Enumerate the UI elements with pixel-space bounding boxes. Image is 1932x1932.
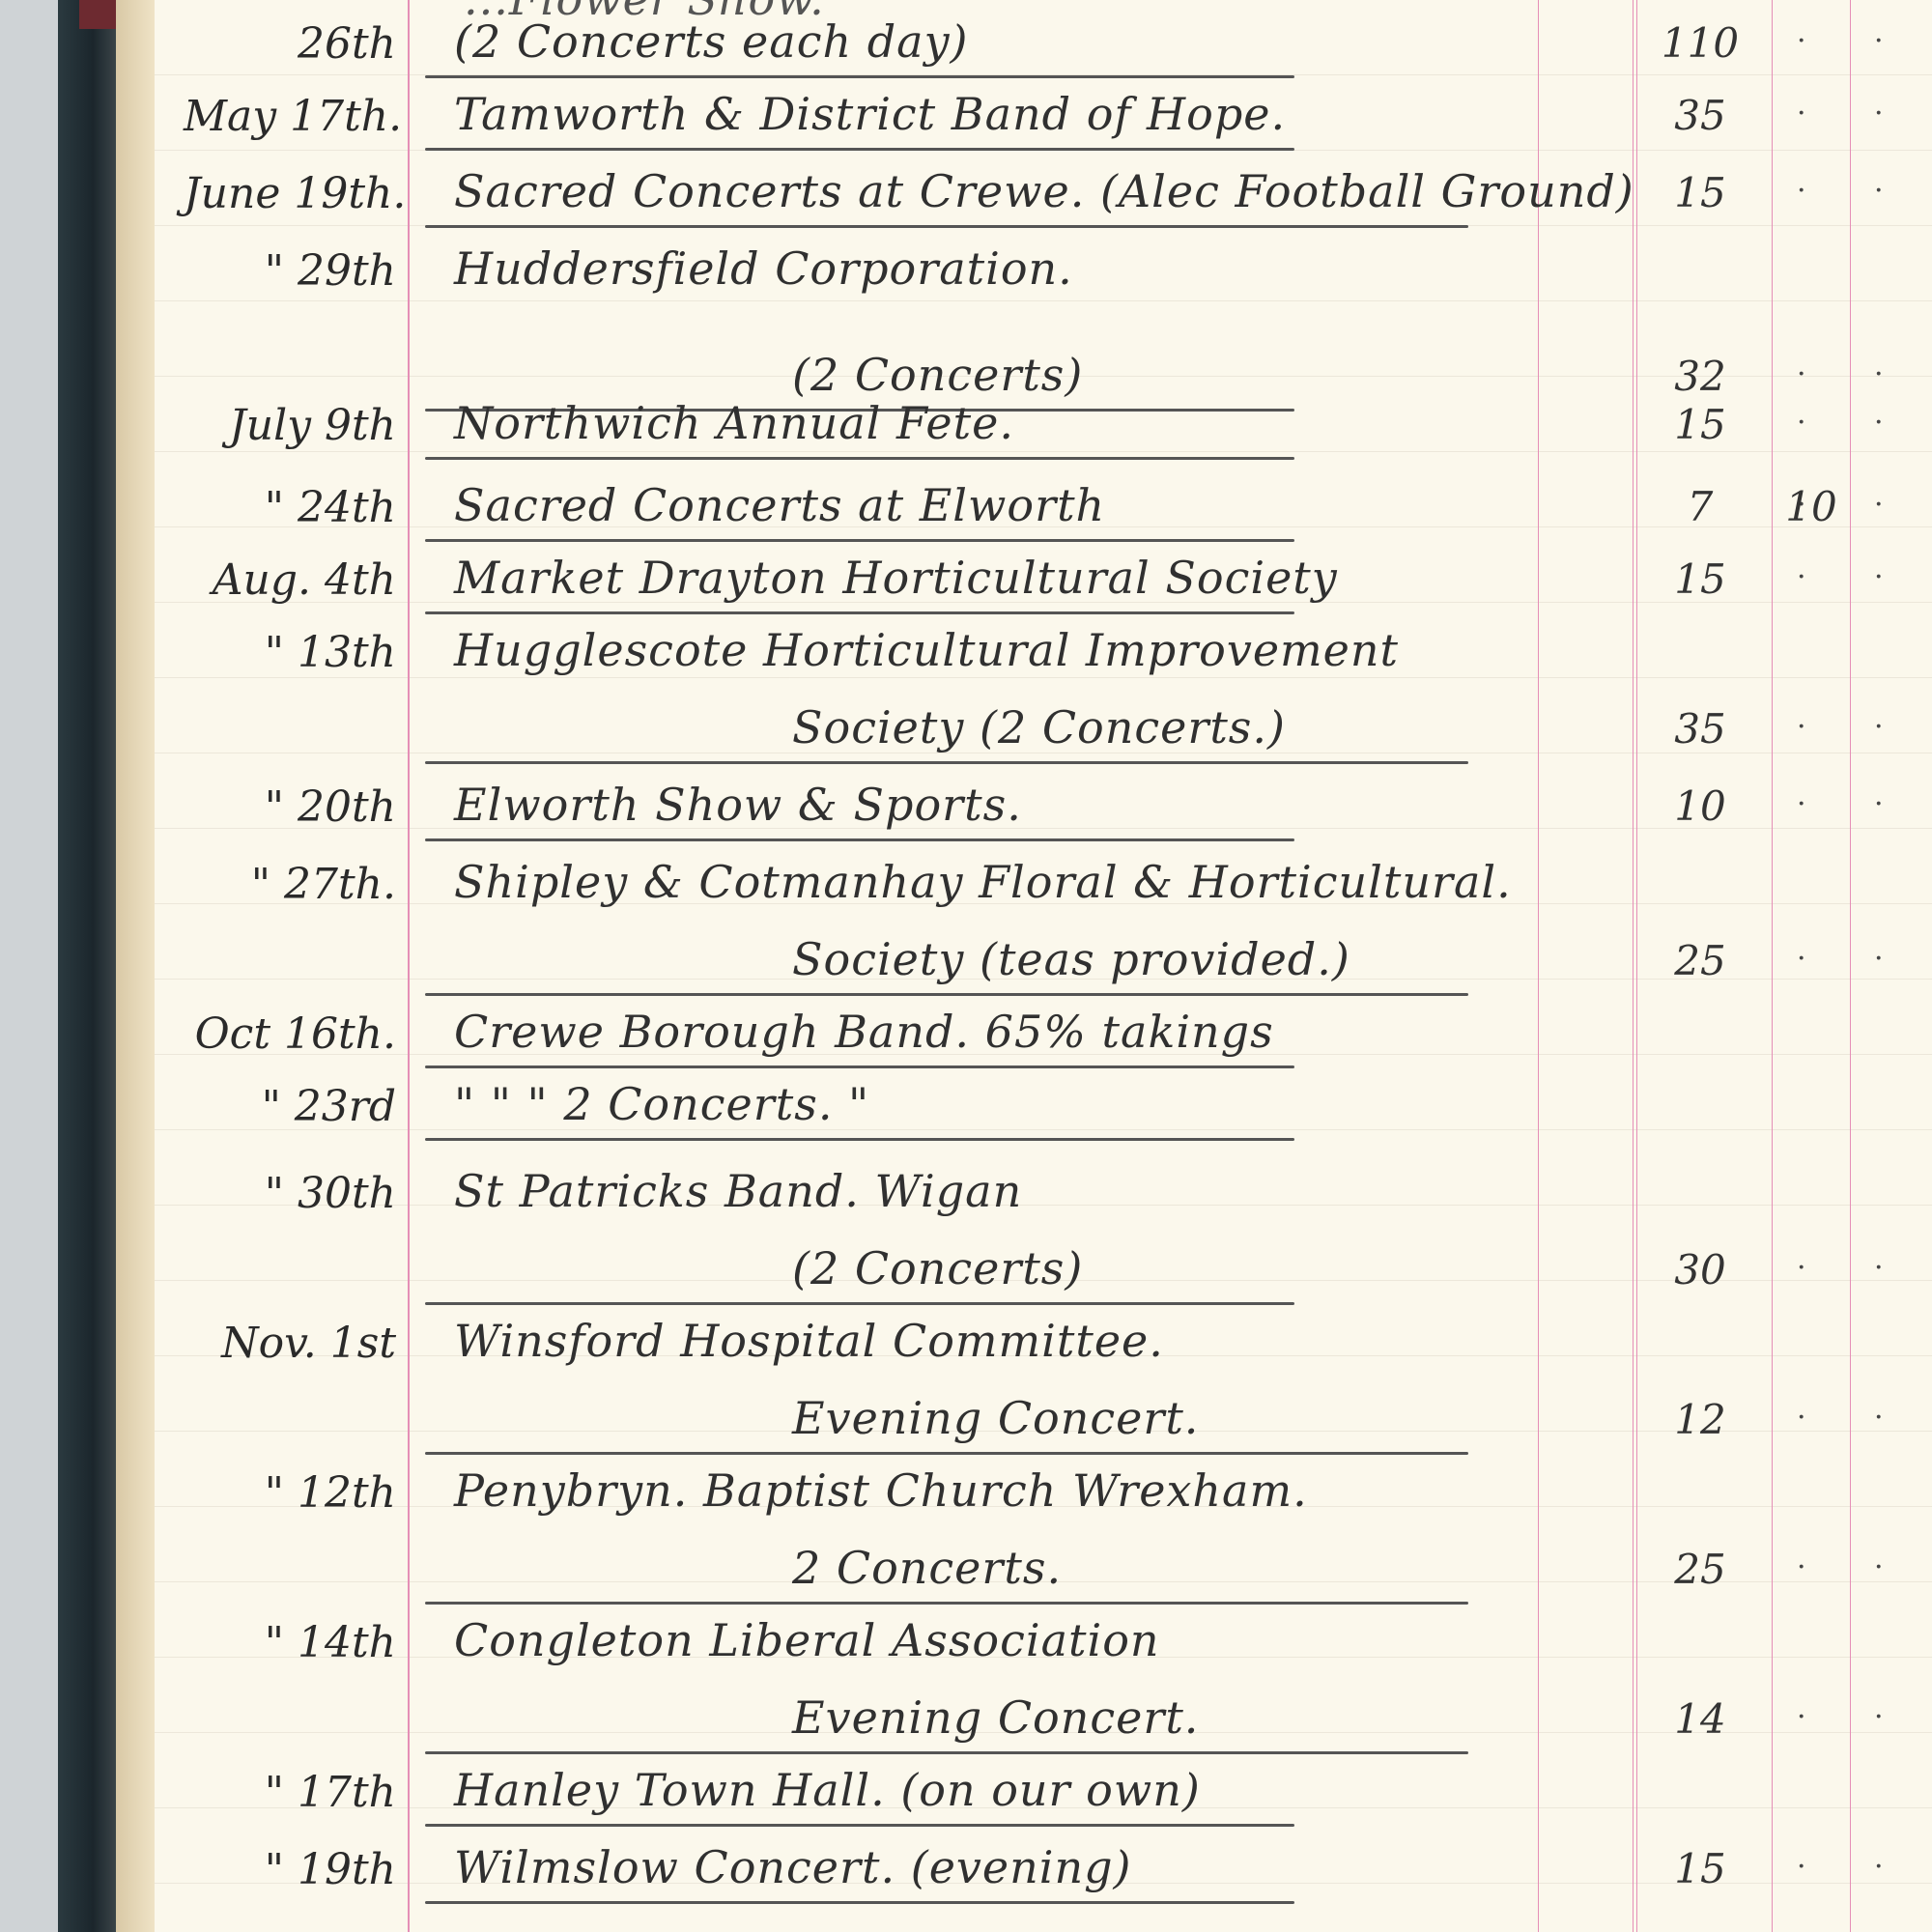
amount-dot: · — [1797, 1550, 1806, 1584]
entry-rule — [425, 225, 1468, 228]
entry-amount: 15 — [1647, 1845, 1753, 1892]
entry-date: June 19th. — [184, 169, 396, 218]
entry-date: " 23rd — [184, 1082, 396, 1131]
entry-amount: 30 — [1647, 1246, 1753, 1293]
entry-amount: 25 — [1647, 1546, 1753, 1593]
entry-description: Society (2 Concerts.) — [792, 701, 1286, 753]
entry-rule — [425, 1302, 1294, 1305]
amount-dot: · — [1797, 97, 1806, 130]
amount-dot: · — [1874, 560, 1884, 594]
amount-dot: · — [1797, 1700, 1806, 1734]
entry-amount: 15 — [1647, 169, 1753, 216]
entry-rule — [425, 148, 1294, 151]
entry-amount-secondary: 10 — [1768, 483, 1855, 530]
entry-amount: 12 — [1647, 1396, 1753, 1443]
amount-dot: · — [1874, 1550, 1884, 1584]
column-rule — [1850, 0, 1851, 1932]
entry-date: Nov. 1st — [184, 1319, 396, 1368]
amount-dot: · — [1874, 406, 1884, 440]
amount-dot: · — [1874, 24, 1884, 58]
entry-rule — [425, 1824, 1294, 1827]
entry-description: Sacred Concerts at Crewe. (Alec Football… — [454, 165, 1634, 217]
amount-dot: · — [1797, 24, 1806, 58]
entry-date: " 17th — [184, 1768, 396, 1817]
entry-description: Sacred Concerts at Elworth — [454, 479, 1105, 531]
entry-description: Crewe Borough Band. 65% takings — [454, 1006, 1274, 1058]
entry-date: " 27th. — [184, 860, 396, 909]
entry-date: 26th — [184, 19, 396, 69]
entry-rule — [425, 611, 1294, 614]
entry-amount: 14 — [1647, 1695, 1753, 1743]
entry-description: Evening Concert. — [792, 1691, 1199, 1744]
amount-dot: · — [1874, 1251, 1884, 1285]
entry-description: Northwich Annual Fete. — [454, 397, 1014, 449]
entry-date: May 17th. — [184, 92, 396, 141]
entry-description: Wilmslow Concert. (evening) — [454, 1841, 1131, 1893]
amount-dot: · — [1874, 357, 1884, 391]
amount-dot: · — [1797, 787, 1806, 821]
entry-rule — [425, 761, 1468, 764]
entry-description: Penybryn. Baptist Church Wrexham. — [454, 1464, 1308, 1517]
entry-description: Hanley Town Hall. (on our own) — [454, 1764, 1201, 1816]
entry-description: Shipley & Cotmanhay Floral & Horticultur… — [454, 856, 1512, 908]
entry-rule — [425, 1138, 1294, 1141]
entry-description: " " " 2 Concerts. " — [454, 1078, 869, 1130]
column-rule — [1633, 0, 1634, 1932]
amount-dot: · — [1874, 174, 1884, 208]
entry-description: (2 Concerts) — [792, 349, 1083, 401]
amount-dot: · — [1874, 710, 1884, 744]
entry-rule — [425, 1602, 1468, 1605]
entry-date: " 13th — [184, 628, 396, 677]
amount-dot: · — [1797, 1850, 1806, 1884]
entry-amount: 25 — [1647, 937, 1753, 984]
entry-amount: 15 — [1647, 555, 1753, 603]
entry-description: St Patricks Band. Wigan — [454, 1165, 1022, 1217]
entry-rule — [425, 1065, 1294, 1068]
entry-description: Society (teas provided.) — [792, 933, 1350, 985]
amount-dot: · — [1874, 1850, 1884, 1884]
entry-rule — [425, 1452, 1468, 1455]
entry-amount: 32 — [1647, 353, 1753, 400]
entry-description: Market Drayton Horticultural Society — [454, 552, 1338, 604]
margin-rule — [408, 0, 410, 1932]
amount-dot: · — [1874, 1401, 1884, 1435]
entry-description: Huddersfield Corporation. — [454, 242, 1073, 295]
entry-date: " 30th — [184, 1169, 396, 1218]
amount-dot: · — [1874, 787, 1884, 821]
entry-rule — [425, 539, 1294, 542]
entry-description: Congleton Liberal Association — [454, 1614, 1160, 1666]
column-rule — [1772, 0, 1773, 1932]
entry-description: Tamworth & District Band of Hope. — [454, 88, 1286, 140]
amount-dot: · — [1797, 357, 1806, 391]
entry-amount: 110 — [1647, 19, 1753, 67]
entry-rule — [425, 75, 1294, 78]
entry-description: Hugglescote Horticultural Improvement — [454, 624, 1399, 676]
column-rule — [1636, 0, 1637, 1932]
entry-date: Oct 16th. — [184, 1009, 396, 1059]
entry-amount: 15 — [1647, 401, 1753, 448]
entry-amount: 7 — [1647, 483, 1753, 530]
entry-rule — [425, 838, 1294, 841]
amount-dot: · — [1797, 942, 1806, 976]
column-rule — [1538, 0, 1539, 1932]
background-strip — [0, 0, 58, 1932]
book-spine — [58, 0, 116, 1932]
amount-dot: · — [1797, 560, 1806, 594]
amount-dot: · — [1797, 406, 1806, 440]
entry-date: " 29th — [184, 246, 396, 296]
entry-description: (2 Concerts each day) — [454, 15, 969, 68]
entry-rule — [425, 1751, 1468, 1754]
entry-description: Elworth Show & Sports. — [454, 779, 1022, 831]
amount-dot: · — [1797, 710, 1806, 744]
entry-date: " 14th — [184, 1618, 396, 1667]
amount-dot: · — [1797, 1401, 1806, 1435]
amount-dot: · — [1874, 942, 1884, 976]
amount-dot: · — [1874, 1700, 1884, 1734]
entry-rule — [425, 1901, 1294, 1904]
entry-amount: 35 — [1647, 92, 1753, 139]
entry-rule — [425, 457, 1294, 460]
entry-date: " 19th — [184, 1845, 396, 1894]
amount-dot: · — [1797, 174, 1806, 208]
entry-description: 2 Concerts. — [792, 1542, 1062, 1594]
entry-rule — [425, 993, 1468, 996]
entry-amount: 10 — [1647, 782, 1753, 830]
page-gutter — [116, 0, 155, 1932]
spine-red-band — [79, 0, 116, 29]
entry-amount: 35 — [1647, 705, 1753, 753]
amount-dot: · — [1874, 488, 1884, 522]
entry-description: (2 Concerts) — [792, 1242, 1083, 1294]
amount-dot: · — [1874, 97, 1884, 130]
entry-description: Evening Concert. — [792, 1392, 1199, 1444]
entry-date: " 20th — [184, 782, 396, 832]
entry-description: Winsford Hospital Committee. — [454, 1315, 1164, 1367]
entry-date: July 9th — [184, 401, 396, 450]
amount-dot: · — [1797, 1251, 1806, 1285]
entry-date: " 24th — [184, 483, 396, 532]
entry-date: " 12th — [184, 1468, 396, 1518]
entry-date: Aug. 4th — [184, 555, 396, 605]
